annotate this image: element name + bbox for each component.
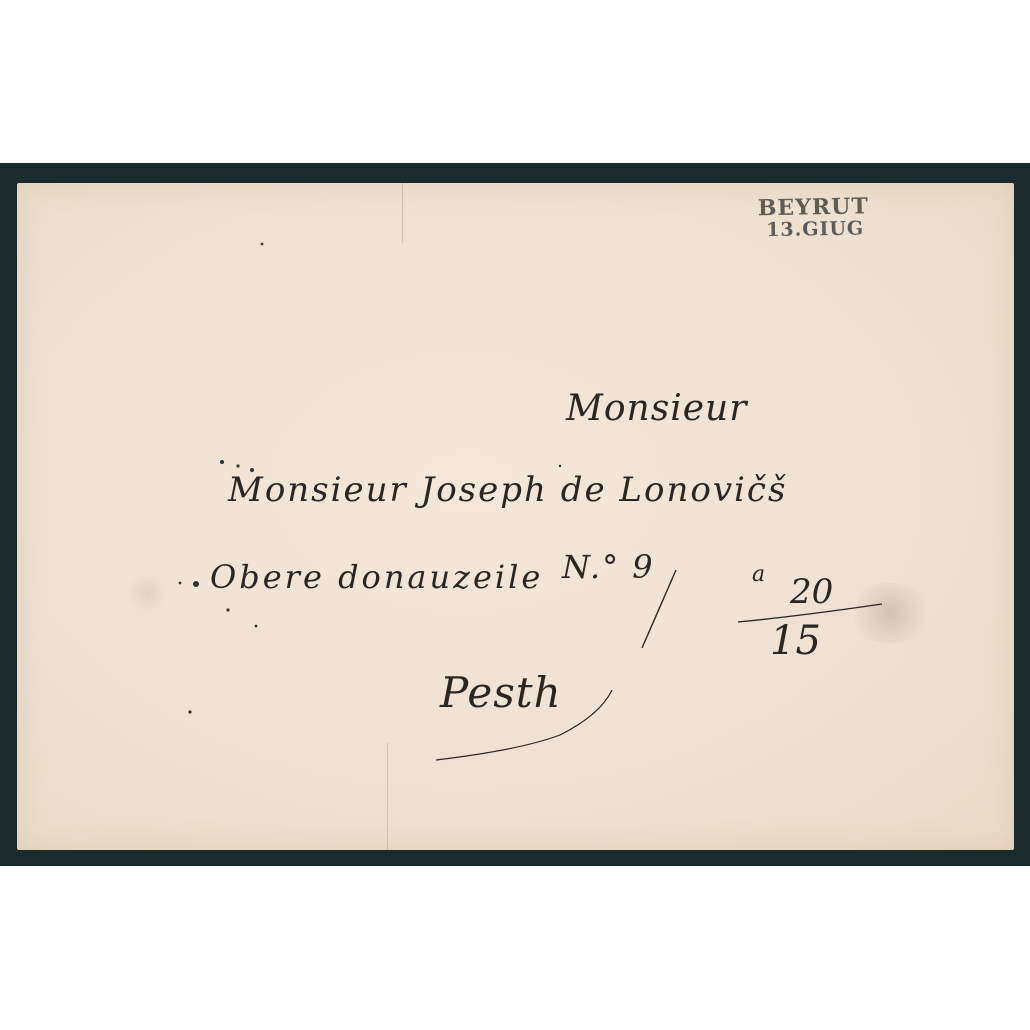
ink-stain bbox=[845, 583, 935, 643]
fold-crease-bottom bbox=[387, 743, 388, 850]
address-title: Monsieur bbox=[566, 388, 747, 429]
envelope-cover bbox=[17, 183, 1014, 850]
fold-crease-top bbox=[402, 183, 403, 243]
postmark-stamp: BEYRUT 13.GIUG bbox=[758, 194, 909, 242]
rate-bottom: 15 bbox=[770, 618, 821, 664]
rate-prefix: a bbox=[752, 562, 765, 587]
address-number: N.° 9 bbox=[562, 548, 655, 586]
address-name: Monsieur Joseph de Lonovičš bbox=[228, 470, 787, 510]
postmark-city: BEYRUT bbox=[758, 194, 908, 221]
rate-top: 20 bbox=[790, 572, 833, 612]
address-street: Obere donauzeile bbox=[210, 558, 543, 596]
postmark-date: 13.GIUG bbox=[766, 218, 908, 241]
ink-stain bbox=[127, 573, 167, 613]
address-city: Pesth bbox=[440, 668, 562, 717]
